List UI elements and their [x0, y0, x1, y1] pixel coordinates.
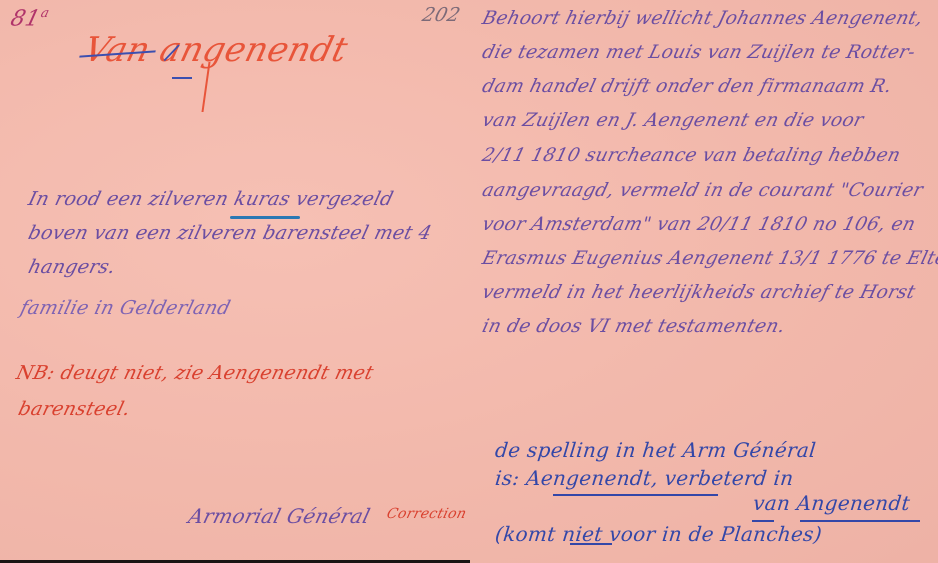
annotation-underline-niet	[570, 543, 612, 545]
note-line-6: aangevraagd, vermeld in de courant "Cour…	[480, 180, 925, 201]
annotation-line-4: (komt niet voor in de Planches)	[494, 522, 823, 546]
annotation-underline-aengenendt	[553, 494, 718, 496]
note-line-8: Erasmus Eugenius Aengenent 13/1 1776 te …	[480, 248, 938, 269]
note-line-4: van Zuijlen en J. Aengenent en die voor	[480, 110, 866, 131]
nb-line-2: barensteel.	[16, 398, 133, 420]
note-line-10: in de doos VI met testamenten.	[480, 316, 787, 337]
source-reference: Armorial Général	[186, 504, 373, 528]
note-line-3: dam handel drijft onder den firmanaam R.	[480, 76, 894, 97]
nb-line-1: NB: deugt niet, zie Aengenendt met	[14, 362, 376, 384]
annotation-line-3: van Angenendt	[752, 491, 911, 515]
family-note: familie in Gelderland	[18, 297, 233, 319]
note-line-1: Behoort hierbij wellicht Johannes Aengen…	[480, 8, 925, 29]
note-line-2: die tezamen met Louis van Zuijlen te Rot…	[480, 42, 918, 63]
index-card: 81a 202 Van angenendt In rood een zilver…	[0, 0, 938, 563]
note-line-5: 2/11 1810 surcheance van betaling hebben	[480, 145, 903, 166]
note-line-7: voor Amsterdam" van 20/11 1810 no 106, e…	[480, 214, 918, 235]
title-struck-prefix: Van	[80, 30, 154, 70]
title-surname: angenendt	[156, 30, 352, 70]
kuras-underline	[230, 216, 300, 219]
annotation-line-2: is: Aengenendt, verbeterd in	[494, 466, 795, 490]
note-line-9: vermeld in het heerlijkheids archief te …	[480, 282, 917, 303]
card-number-value: 81	[8, 6, 43, 31]
title-rest: ngenendt	[176, 30, 352, 70]
card-number: 81a	[8, 6, 51, 31]
card-title: Van angenendt	[80, 30, 352, 70]
annotation-line-1: de spelling in het Arm Général	[494, 438, 817, 462]
blazon-line-1: In rood een zilveren kuras vergezeld	[26, 188, 396, 210]
source-correction: Correction	[385, 506, 468, 522]
blazon-line-3: hangers.	[26, 256, 118, 278]
folio-number: 202	[420, 4, 463, 26]
title-correction-mark	[172, 77, 192, 79]
blazon-line-2: boven van een zilveren barensteel met 4	[26, 222, 434, 244]
